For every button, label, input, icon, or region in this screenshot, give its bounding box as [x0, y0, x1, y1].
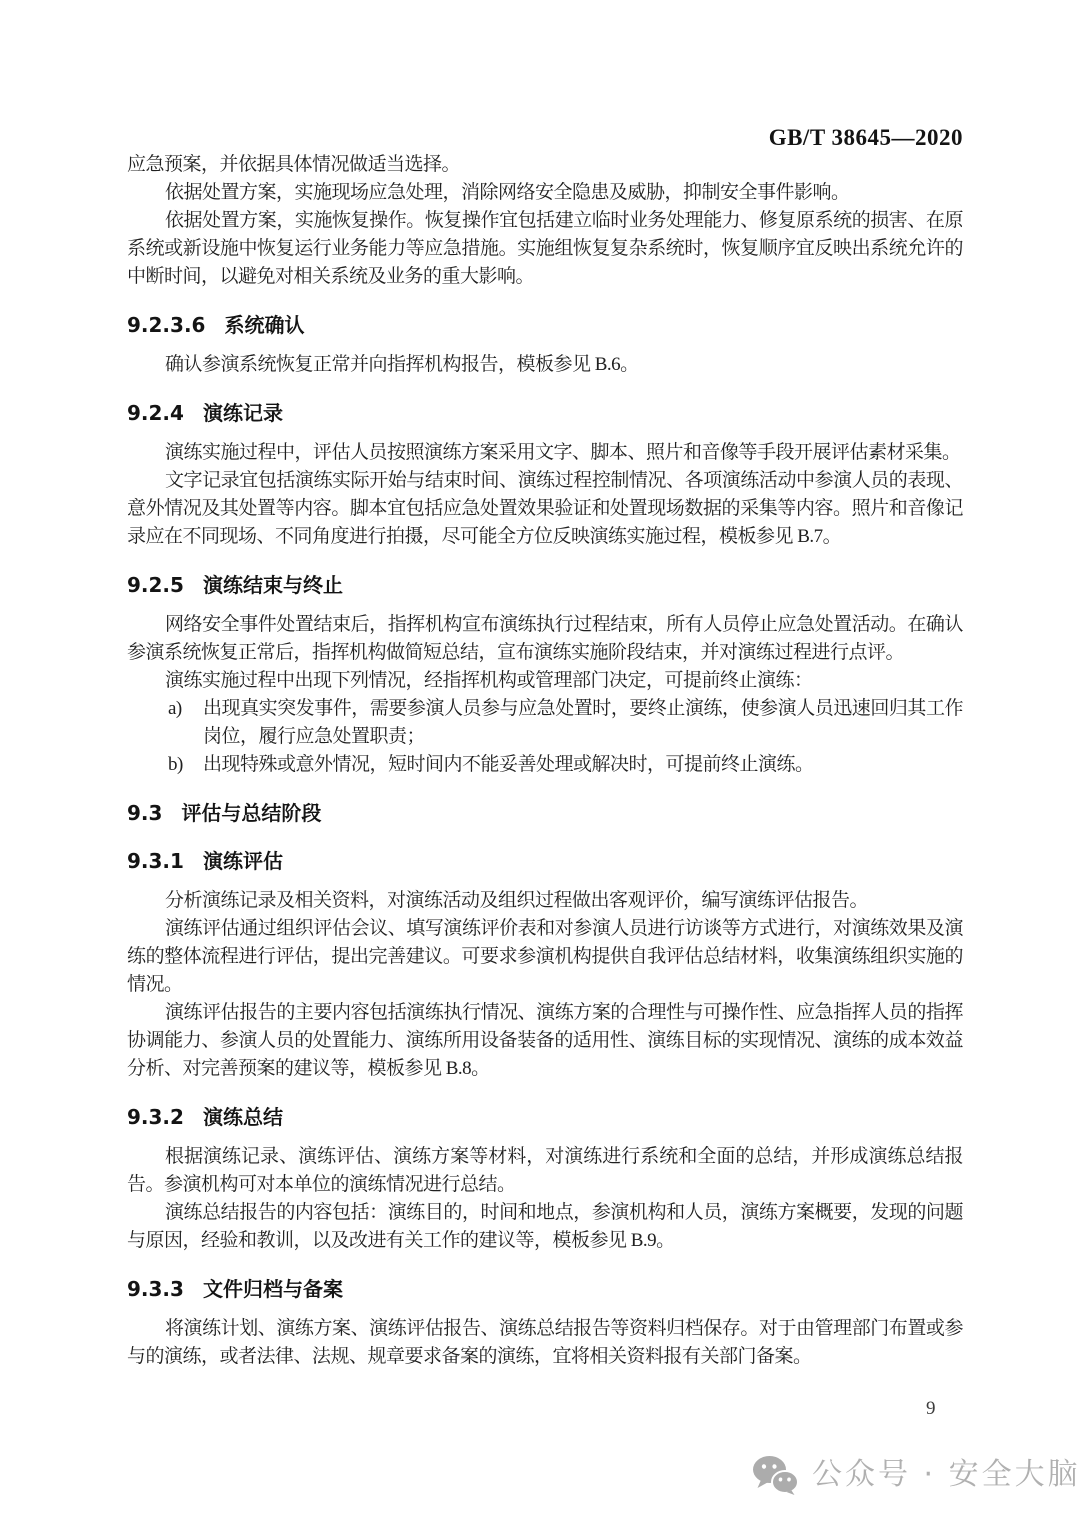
- document-page: GB/T 38645—2020 应急预案，并依据具体情况做适当选择。 依据处置方…: [0, 0, 1080, 1528]
- paragraph: 文字记录宜包括演练实际开始与结束时间、演练过程控制情况、各项演练活动中参演人员的…: [127, 467, 963, 551]
- section-number: 9.3.3: [127, 1277, 184, 1301]
- list-item: b) 出现特殊或意外情况，短时间内不能妥善处理或解决时，可提前终止演练。: [127, 751, 963, 779]
- paragraph: 演练总结报告的内容包括：演练目的，时间和地点，参演机构和人员，演练方案概要，发现…: [127, 1199, 963, 1255]
- paragraph: 演练评估通过组织评估会议、填写演练评价表和对参演人员进行访谈等方式进行，对演练效…: [127, 915, 963, 999]
- wechat-icon: [752, 1455, 799, 1495]
- list-marker: a): [168, 695, 203, 751]
- watermark-text: 公众号 · 安全大脑: [812, 1455, 1080, 1495]
- section-title: 演练评估: [203, 849, 283, 873]
- section-title: 演练结束与终止: [203, 573, 343, 597]
- watermark: 公众号 · 安全大脑: [752, 1455, 1080, 1495]
- section-heading: 9.3评估与总结阶段: [127, 799, 963, 827]
- paragraph: 网络安全事件处置结束后，指挥机构宣布演练执行过程结束，所有人员停止应急处置活动。…: [127, 611, 963, 667]
- section-heading: 9.3.3文件归档与备案: [127, 1275, 963, 1303]
- section-number: 9.3.1: [127, 849, 184, 873]
- standard-number: GB/T 38645—2020: [127, 0, 963, 151]
- section-heading: 9.2.5演练结束与终止: [127, 571, 963, 599]
- section-number: 9.2.4: [127, 401, 184, 425]
- paragraph: 根据演练记录、演练评估、演练方案等材料，对演练进行系统和全面的总结，并形成演练总…: [127, 1143, 963, 1199]
- paragraph: 确认参演系统恢复正常并向指挥机构报告，模板参见 B.6。: [127, 351, 963, 379]
- section-number: 9.3.2: [127, 1105, 184, 1129]
- section-heading: 9.3.1演练评估: [127, 847, 963, 875]
- list-item: a) 出现真实突发事件，需要参演人员参与应急处置时，要终止演练，使参演人员迅速回…: [127, 695, 963, 751]
- section-number: 9.3: [127, 801, 162, 825]
- section-title: 系统确认: [224, 313, 304, 337]
- list-item-text: 出现真实突发事件，需要参演人员参与应急处置时，要终止演练，使参演人员迅速回归其工…: [203, 695, 963, 751]
- paragraph: 将演练计划、演练方案、演练评估报告、演练总结报告等资料归档保存。对于由管理部门布…: [127, 1315, 963, 1371]
- section-heading: 9.3.2演练总结: [127, 1103, 963, 1131]
- section-title: 评估与总结阶段: [181, 801, 321, 825]
- paragraph: 演练实施过程中出现下列情况，经指挥机构或管理部门决定，可提前终止演练：: [127, 667, 963, 695]
- paragraph: 演练评估报告的主要内容包括演练执行情况、演练方案的合理性与可操作性、应急指挥人员…: [127, 999, 963, 1083]
- section-heading: 9.2.4演练记录: [127, 399, 963, 427]
- section-title: 文件归档与备案: [203, 1277, 343, 1301]
- page-content: GB/T 38645—2020 应急预案，并依据具体情况做适当选择。 依据处置方…: [127, 0, 963, 1371]
- section-number: 9.2.5: [127, 573, 184, 597]
- list-item-text: 出现特殊或意外情况，短时间内不能妥善处理或解决时，可提前终止演练。: [203, 751, 963, 779]
- list-marker: b): [168, 751, 203, 779]
- paragraph: 应急预案，并依据具体情况做适当选择。: [127, 151, 963, 179]
- paragraph: 依据处置方案，实施现场应急处理，消除网络安全隐患及威胁，抑制安全事件影响。: [127, 179, 963, 207]
- paragraph: 演练实施过程中，评估人员按照演练方案采用文字、脚本、照片和音像等手段开展评估素材…: [127, 439, 963, 467]
- paragraph: 分析演练记录及相关资料，对演练活动及组织过程做出客观评价，编写演练评估报告。: [127, 887, 963, 915]
- section-heading: 9.2.3.6系统确认: [127, 311, 963, 339]
- paragraph: 依据处置方案，实施恢复操作。恢复操作宜包括建立临时业务处理能力、修复原系统的损害…: [127, 207, 963, 291]
- section-title: 演练总结: [203, 1105, 283, 1129]
- section-title: 演练记录: [203, 401, 283, 425]
- page-number: 9: [926, 1398, 936, 1420]
- section-number: 9.2.3.6: [127, 313, 205, 337]
